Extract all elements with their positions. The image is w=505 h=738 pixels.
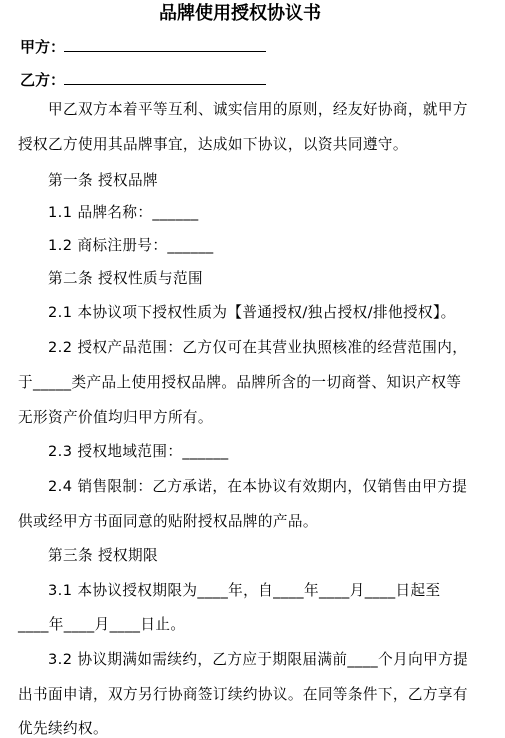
clause-2-2-line-3: 无形资产价值均归甲方所有。	[18, 407, 478, 429]
clause-2-3: 2.3 授权地域范围：______	[48, 441, 478, 463]
clause-2-4-line-1: 2.4 销售限制：乙方承诺，在本协议有效期内，仅销售由甲方提	[48, 476, 478, 498]
article-1-heading: 第一条 授权品牌	[48, 170, 478, 192]
clause-3-1-line-2: ____年____月____日止。	[18, 614, 478, 636]
clause-2-4-line-2: 供或经甲方书面同意的贴附授权品牌的产品。	[18, 511, 478, 533]
preamble-line-2: 授权乙方使用其品牌事宜，达成如下协议，以资共同遵守。	[18, 134, 478, 156]
party-b-label: 乙方：	[20, 69, 64, 91]
article-2-heading: 第二条 授权性质与范围	[48, 268, 478, 290]
party-b-field: 乙方：	[20, 69, 266, 91]
clause-2-2-line-2: 于_____类产品上使用授权品牌。品牌所含的一切商誉、知识产权等	[18, 372, 478, 394]
clause-3-2-line-3: 优先续约权。	[18, 718, 478, 738]
party-b-blank	[64, 69, 266, 85]
document-title: 品牌使用授权协议书	[0, 2, 480, 26]
clause-3-2-line-1: 3.2 协议期满如需续约，乙方应于期限届满前____个月向甲方提	[48, 649, 478, 671]
clause-1-1: 1.1 品牌名称：______	[48, 202, 478, 224]
clause-2-1: 2.1 本协议项下授权性质为【普通授权/独占授权/排他授权】。	[48, 302, 478, 324]
preamble-line-1: 甲乙双方本着平等互利、诚实信用的原则，经友好协商，就甲方	[48, 99, 478, 121]
document-page: 品牌使用授权协议书 甲方： 乙方： 甲乙双方本着平等互利、诚实信用的原则，经友好…	[0, 0, 505, 738]
party-a-blank	[64, 36, 266, 52]
party-a-label: 甲方：	[20, 36, 64, 58]
clause-3-2-line-2: 出书面申请，双方另行协商签订续约协议。在同等条件下，乙方享有	[18, 684, 478, 706]
article-3-heading: 第三条 授权期限	[48, 545, 478, 567]
clause-2-2-line-1: 2.2 授权产品范围：乙方仅可在其营业执照核准的经营范围内，	[48, 337, 478, 359]
party-a-field: 甲方：	[20, 36, 266, 58]
clause-1-2: 1.2 商标注册号：______	[48, 235, 478, 257]
clause-3-1-line-1: 3.1 本协议授权期限为____年，自____年____月____日起至	[48, 580, 478, 602]
